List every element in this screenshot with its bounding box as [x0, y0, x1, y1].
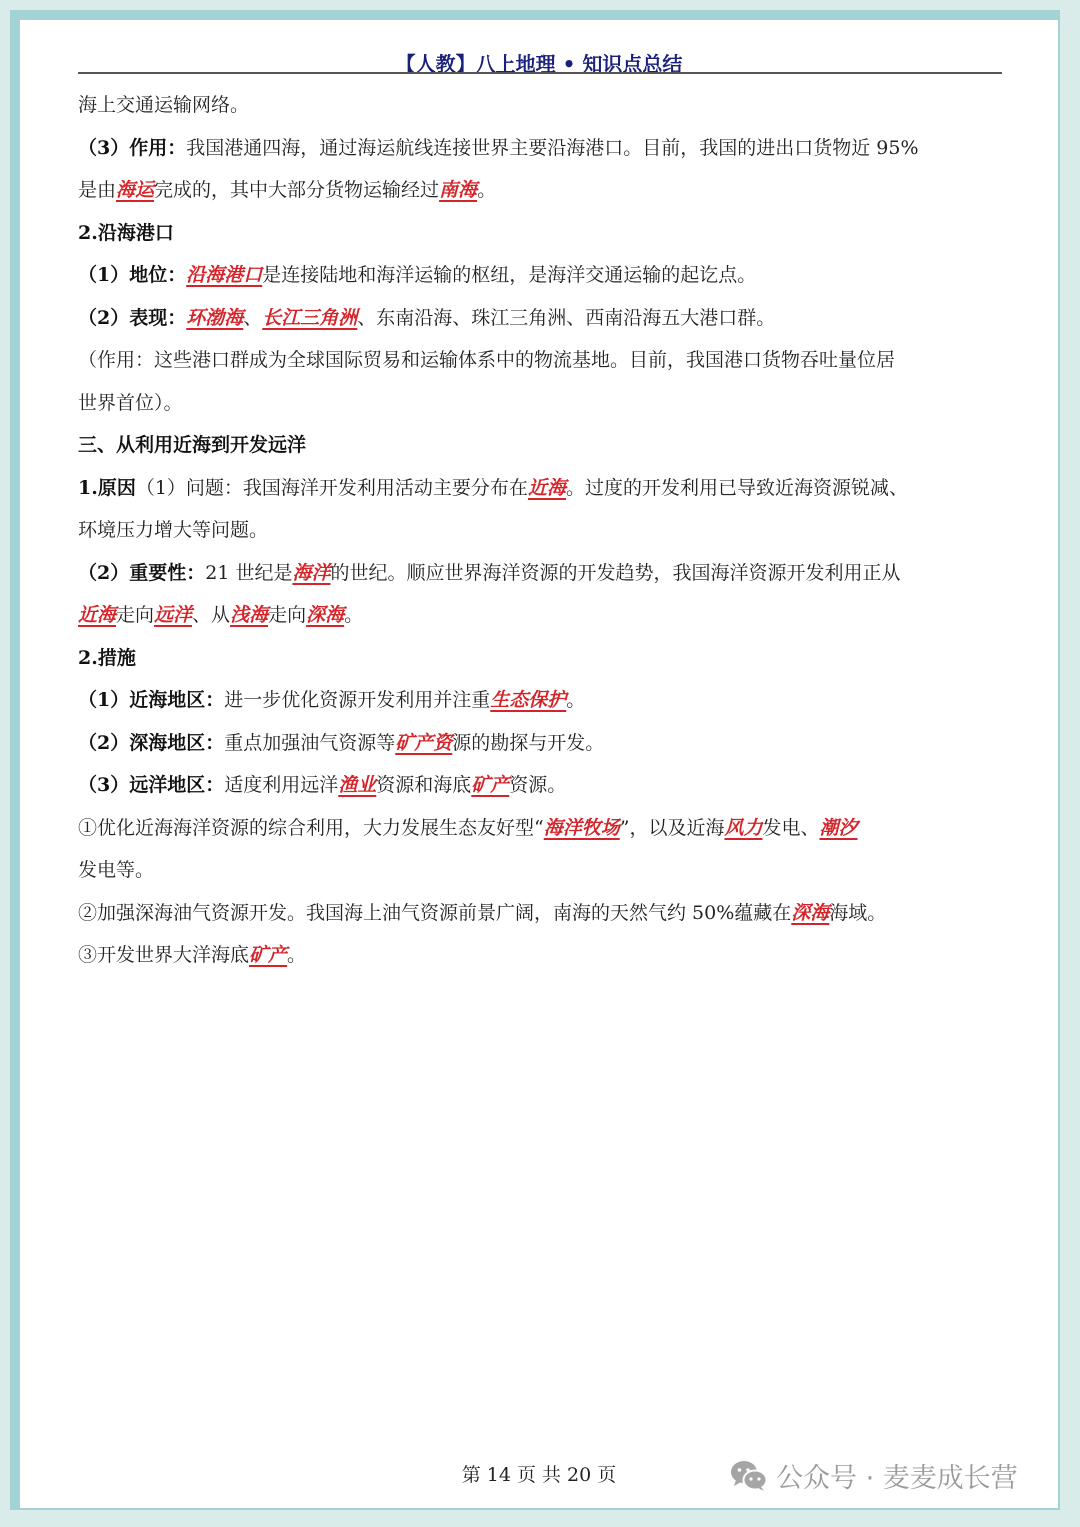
total-pages: 20 [567, 1464, 591, 1486]
bold-label: （1）地位： [78, 264, 186, 286]
highlighted-keyword: 近海 [528, 477, 566, 499]
bold-label: 2.沿海港口 [78, 222, 174, 244]
text-line: 2.措施 [78, 637, 1004, 680]
text-segment: 、从 [192, 604, 230, 626]
text-line: （3）作用：我国港通四海，通过海运航线连接世界主要沿海港口。目前，我国的进出口货… [78, 127, 1004, 170]
highlighted-keyword: 沿海港口 [186, 264, 262, 286]
text-segment: （1）问题：我国海洋开发利用活动主要分布在 [136, 477, 528, 499]
text-line: ②加强深海油气资源开发。我国海上油气资源前景广阔，南海的天然气约 50%蕴藏在深… [78, 892, 1004, 935]
text-segment: 世界首位）。 [78, 392, 183, 414]
bold-label: （3）远洋地区： [78, 774, 224, 796]
text-segment: 资源。 [509, 774, 566, 796]
watermark: 公众号 · 麦麦成长营 [730, 1456, 1018, 1495]
text-line: （1）近海地区：进一步优化资源开发利用并注重生态保护。 [78, 679, 1004, 722]
text-line: （2）表现：环渤海、长江三角洲、东南沿海、珠江三角洲、西南沿海五大港口群。 [78, 297, 1004, 340]
document-body: 海上交通运输网络。（3）作用：我国港通四海，通过海运航线连接世界主要沿海港口。目… [78, 84, 1004, 977]
highlighted-keyword: 南海 [439, 179, 477, 201]
text-line: （2）深海地区：重点加强油气资源等矿产资源的勘探与开发。 [78, 722, 1004, 765]
text-segment: ”，以及近海 [620, 817, 725, 839]
text-line: 是由海运完成的，其中大部分货物运输经过南海。 [78, 169, 1004, 212]
text-segment: 海域。 [829, 902, 886, 924]
text-line: 海上交通运输网络。 [78, 84, 1004, 127]
text-segment: 。 [477, 179, 496, 201]
text-segment: 我国港通四海，通过海运航线连接世界主要沿海港口。目前，我国的进出口货物近 95% [186, 137, 918, 159]
text-segment: 环境压力增大等问题。 [78, 519, 268, 541]
bold-label: 三、从利用近海到开发远洋 [78, 434, 306, 456]
text-segment: 。 [287, 944, 306, 966]
text-segment: 、 [243, 307, 262, 329]
highlighted-keyword: 海运 [116, 179, 154, 201]
text-segment: 发电、 [762, 817, 819, 839]
text-segment: 进一步优化资源开发利用并注重 [224, 689, 490, 711]
text-line: 近海走向远洋、从浅海走向深海。 [78, 594, 1004, 637]
highlighted-keyword: 矿产资 [395, 732, 452, 754]
highlighted-keyword: 环渤海 [186, 307, 243, 329]
text-segment: 。过度的开发利用已导致近海资源锐减、 [566, 477, 908, 499]
header-divider [78, 72, 1002, 74]
text-line: 三、从利用近海到开发远洋 [78, 424, 1004, 467]
bold-label: （3）作用： [78, 137, 186, 159]
current-page: 14 [487, 1464, 511, 1486]
highlighted-keyword: 潮汐 [819, 817, 857, 839]
text-line: ③开发世界大洋海底矿产。 [78, 934, 1004, 977]
text-line: 环境压力增大等问题。 [78, 509, 1004, 552]
text-segment: 走向 [268, 604, 306, 626]
highlighted-keyword: 深海 [791, 902, 829, 924]
text-segment: 发电等。 [78, 859, 154, 881]
bold-label: （2）重要性： [78, 562, 205, 584]
text-line: 世界首位）。 [78, 382, 1004, 425]
text-segment: 走向 [116, 604, 154, 626]
highlighted-keyword: 浅海 [230, 604, 268, 626]
text-segment: 是由 [78, 179, 116, 201]
text-line: （3）远洋地区：适度利用远洋渔业资源和海底矿产资源。 [78, 764, 1004, 807]
highlighted-keyword: 矿产 [249, 944, 287, 966]
text-line: 1.原因（1）问题：我国海洋开发利用活动主要分布在近海。过度的开发利用已导致近海… [78, 467, 1004, 510]
text-segment: 源的勘探与开发。 [452, 732, 604, 754]
watermark-text: 公众号 · 麦麦成长营 [776, 1456, 1018, 1495]
text-segment: 是连接陆地和海洋运输的枢纽，是海洋交通运输的起讫点。 [262, 264, 756, 286]
highlighted-keyword: 渔业 [338, 774, 376, 796]
text-segment: 21 世纪是 [205, 562, 292, 584]
text-line: ①优化近海海洋资源的综合利用，大力发展生态友好型“海洋牧场”，以及近海风力发电、… [78, 807, 1004, 850]
text-line: （1）地位：沿海港口是连接陆地和海洋运输的枢纽，是海洋交通运输的起讫点。 [78, 254, 1004, 297]
bold-label: （1）近海地区： [78, 689, 224, 711]
bold-label: 2.措施 [78, 647, 136, 669]
highlighted-keyword: 近海 [78, 604, 116, 626]
text-line: （2）重要性：21 世纪是海洋的世纪。顺应世界海洋资源的开发趋势，我国海洋资源开… [78, 552, 1004, 595]
highlighted-keyword: 海洋 [292, 562, 330, 584]
text-segment: （作用：这些港口群成为全球国际贸易和运输体系中的物流基地。目前，我国港口货物吞吐… [78, 349, 895, 371]
text-line: 发电等。 [78, 849, 1004, 892]
text-segment: 重点加强油气资源等 [224, 732, 395, 754]
text-segment: ②加强深海油气资源开发。我国海上油气资源前景广阔，南海的天然气约 50%蕴藏在 [78, 902, 791, 924]
text-line: （作用：这些港口群成为全球国际贸易和运输体系中的物流基地。目前，我国港口货物吞吐… [78, 339, 1004, 382]
text-segment: 的世纪。顺应世界海洋资源的开发趋势，我国海洋资源开发利用正从 [330, 562, 900, 584]
highlighted-keyword: 长江三角洲 [262, 307, 357, 329]
bold-label: （2）表现： [78, 307, 186, 329]
text-segment: 。 [566, 689, 585, 711]
bold-label: 1.原因 [78, 477, 136, 499]
highlighted-keyword: 海洋牧场 [544, 817, 620, 839]
highlighted-keyword: 远洋 [154, 604, 192, 626]
text-segment: 资源和海底 [376, 774, 471, 796]
bold-label: （2）深海地区： [78, 732, 224, 754]
highlighted-keyword: 风力 [724, 817, 762, 839]
highlighted-keyword: 生态保护 [490, 689, 566, 711]
text-segment: 适度利用远洋 [224, 774, 338, 796]
highlighted-keyword: 矿产 [471, 774, 509, 796]
text-segment: ①优化近海海洋资源的综合利用，大力发展生态友好型“ [78, 817, 544, 839]
wechat-icon [730, 1460, 768, 1492]
text-segment: ③开发世界大洋海底 [78, 944, 249, 966]
text-segment: 海上交通运输网络。 [78, 94, 249, 116]
text-segment: 。 [344, 604, 363, 626]
text-segment: 、东南沿海、珠江三角洲、西南沿海五大港口群。 [357, 307, 775, 329]
highlighted-keyword: 深海 [306, 604, 344, 626]
text-line: 2.沿海港口 [78, 212, 1004, 255]
document-page: 【人教】八上地理 • 知识点总结 海上交通运输网络。（3）作用：我国港通四海，通… [20, 20, 1058, 1508]
text-segment: 完成的，其中大部分货物运输经过 [154, 179, 439, 201]
